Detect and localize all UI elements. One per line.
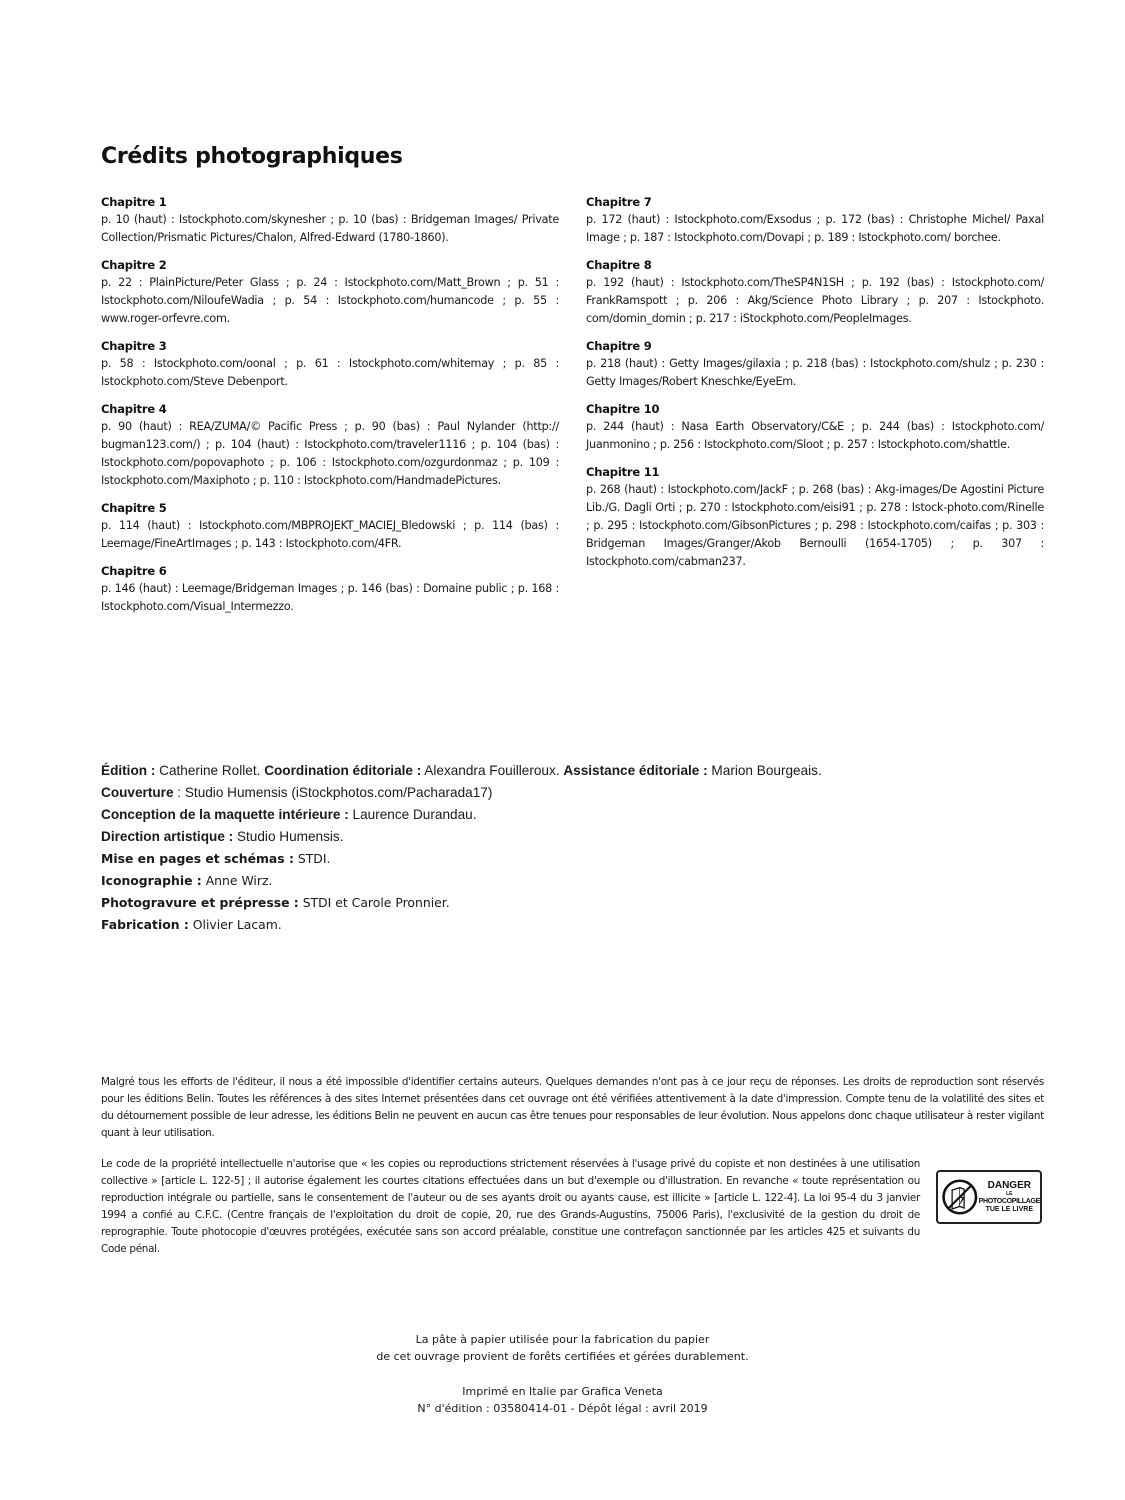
chapter-text: p. 58 : Istockphoto.com/oonal ; p. 61 : … — [101, 355, 559, 391]
print-notice: Imprimé en Italie par Grafica Veneta N° … — [0, 1383, 1125, 1417]
badge-line-le: LE — [979, 1192, 1040, 1197]
chapter-heading: Chapitre 4 — [101, 400, 559, 418]
icono-label: Iconographie : — [101, 873, 202, 888]
credits-column-right: Chapitre 7 p. 172 (haut) : Istockphoto.c… — [586, 193, 1044, 580]
chapter-credit: Chapitre 4 p. 90 (haut) : REA/ZUMA/© Pac… — [101, 400, 559, 490]
chapter-text: p. 146 (haut) : Leemage/Bridgeman Images… — [101, 580, 559, 616]
couverture-label: Couverture — [101, 785, 174, 800]
no-photocopy-icon — [941, 1175, 979, 1219]
chapter-text: p. 192 (haut) : Istockphoto.com/TheSP4N1… — [586, 274, 1044, 328]
direction-value: Studio Humensis. — [233, 829, 343, 844]
fabrication-label: Fabrication : — [101, 917, 189, 932]
icono-value: Anne Wirz. — [202, 873, 273, 888]
couverture-value: : Studio Humensis (iStockphotos.com/Pach… — [174, 785, 493, 800]
chapter-credit: Chapitre 10 p. 244 (haut) : Nasa Earth O… — [586, 400, 1044, 454]
chapter-credit: Chapitre 9 p. 218 (haut) : Getty Images/… — [586, 337, 1044, 391]
chapter-heading: Chapitre 9 — [586, 337, 1044, 355]
chapter-text: p. 22 : PlainPicture/Peter Glass ; p. 24… — [101, 274, 559, 328]
chapter-heading: Chapitre 1 — [101, 193, 559, 211]
mise-value: STDI. — [294, 851, 331, 866]
badge-line-danger: DANGER — [979, 1181, 1040, 1191]
assistance-label: Assistance éditoriale : — [563, 763, 707, 778]
chapter-text: p. 10 (haut) : Istockphoto.com/skynesher… — [101, 211, 559, 247]
staff-line-couverture: Couverture : Studio Humensis (iStockphot… — [101, 782, 1001, 804]
paper-notice: La pâte à papier utilisée pour la fabric… — [0, 1331, 1125, 1365]
chapter-credit: Chapitre 2 p. 22 : PlainPicture/Peter Gl… — [101, 256, 559, 328]
chapter-heading: Chapitre 10 — [586, 400, 1044, 418]
photocopillage-badge: DANGER LE PHOTOCOPILLAGE TUE LE LIVRE — [936, 1170, 1042, 1224]
chapter-credit: Chapitre 7 p. 172 (haut) : Istockphoto.c… — [586, 193, 1044, 247]
chapter-heading: Chapitre 5 — [101, 499, 559, 517]
staff-line-fabrication: Fabrication : Olivier Lacam. — [101, 914, 1001, 936]
chapter-text: p. 90 (haut) : REA/ZUMA/© Pacific Press … — [101, 418, 559, 490]
edition-value: Catherine Rollet. — [155, 763, 264, 778]
copyright-notice: Le code de la propriété intellectuelle n… — [101, 1156, 920, 1258]
badge-line-photocopillage: PHOTOCOPILLAGE — [979, 1198, 1040, 1205]
chapter-credit: Chapitre 5 p. 114 (haut) : Istockphoto.c… — [101, 499, 559, 553]
staff-line-mise-en-pages: Mise en pages et schémas : STDI. — [101, 848, 1001, 870]
coordination-value: Alexandra Fouilleroux. — [421, 763, 563, 778]
chapter-heading: Chapitre 2 — [101, 256, 559, 274]
direction-label: Direction artistique : — [101, 829, 233, 844]
page-title: Crédits photographiques — [101, 144, 403, 169]
staff-line-direction: Direction artistique : Studio Humensis. — [101, 826, 1001, 848]
badge-line-tue-le-livre: TUE LE LIVRE — [979, 1206, 1040, 1213]
coordination-label: Coordination éditoriale : — [264, 763, 421, 778]
edition-label: Édition : — [101, 763, 155, 778]
conception-value: Laurence Durandau. — [349, 807, 477, 822]
chapter-heading: Chapitre 3 — [101, 337, 559, 355]
chapter-text: p. 114 (haut) : Istockphoto.com/MBPROJEK… — [101, 517, 559, 553]
chapter-credit: Chapitre 6 p. 146 (haut) : Leemage/Bridg… — [101, 562, 559, 616]
print-line-1: Imprimé en Italie par Grafica Veneta — [0, 1383, 1125, 1400]
chapter-heading: Chapitre 11 — [586, 463, 1044, 481]
print-line-2: N° d'édition : 03580414-01 - Dépôt légal… — [0, 1400, 1125, 1417]
mise-label: Mise en pages et schémas : — [101, 851, 294, 866]
chapter-heading: Chapitre 7 — [586, 193, 1044, 211]
badge-text: DANGER LE PHOTOCOPILLAGE TUE LE LIVRE — [979, 1181, 1040, 1213]
chapter-credit: Chapitre 8 p. 192 (haut) : Istockphoto.c… — [586, 256, 1044, 328]
chapter-text: p. 218 (haut) : Getty Images/gilaxia ; p… — [586, 355, 1044, 391]
chapter-heading: Chapitre 8 — [586, 256, 1044, 274]
chapter-heading: Chapitre 6 — [101, 562, 559, 580]
fabrication-value: Olivier Lacam. — [189, 917, 282, 932]
staff-line-edition: Édition : Catherine Rollet. Coordination… — [101, 760, 1001, 782]
disclaimer-notice: Malgré tous les efforts de l'éditeur, il… — [101, 1074, 1044, 1142]
staff-line-photogravure: Photogravure et prépresse : STDI et Caro… — [101, 892, 1001, 914]
conception-label: Conception de la maquette intérieure : — [101, 807, 349, 822]
paper-line-1: La pâte à papier utilisée pour la fabric… — [0, 1331, 1125, 1348]
staff-line-conception: Conception de la maquette intérieure : L… — [101, 804, 1001, 826]
credits-column-left: Chapitre 1 p. 10 (haut) : Istockphoto.co… — [101, 193, 559, 625]
photogravure-label: Photogravure et prépresse : — [101, 895, 299, 910]
chapter-credit: Chapitre 1 p. 10 (haut) : Istockphoto.co… — [101, 193, 559, 247]
chapter-text: p. 244 (haut) : Nasa Earth Observatory/C… — [586, 418, 1044, 454]
assistance-value: Marion Bourgeais. — [708, 763, 822, 778]
chapter-text: p. 268 (haut) : Istockphoto.com/JackF ; … — [586, 481, 1044, 571]
staff-line-iconographie: Iconographie : Anne Wirz. — [101, 870, 1001, 892]
photogravure-value: STDI et Carole Pronnier. — [299, 895, 450, 910]
chapter-credit: Chapitre 11 p. 268 (haut) : Istockphoto.… — [586, 463, 1044, 571]
paper-line-2: de cet ouvrage provient de forêts certif… — [0, 1348, 1125, 1365]
chapter-text: p. 172 (haut) : Istockphoto.com/Exsodus … — [586, 211, 1044, 247]
chapter-credit: Chapitre 3 p. 58 : Istockphoto.com/oonal… — [101, 337, 559, 391]
editorial-staff: Édition : Catherine Rollet. Coordination… — [101, 760, 1001, 936]
